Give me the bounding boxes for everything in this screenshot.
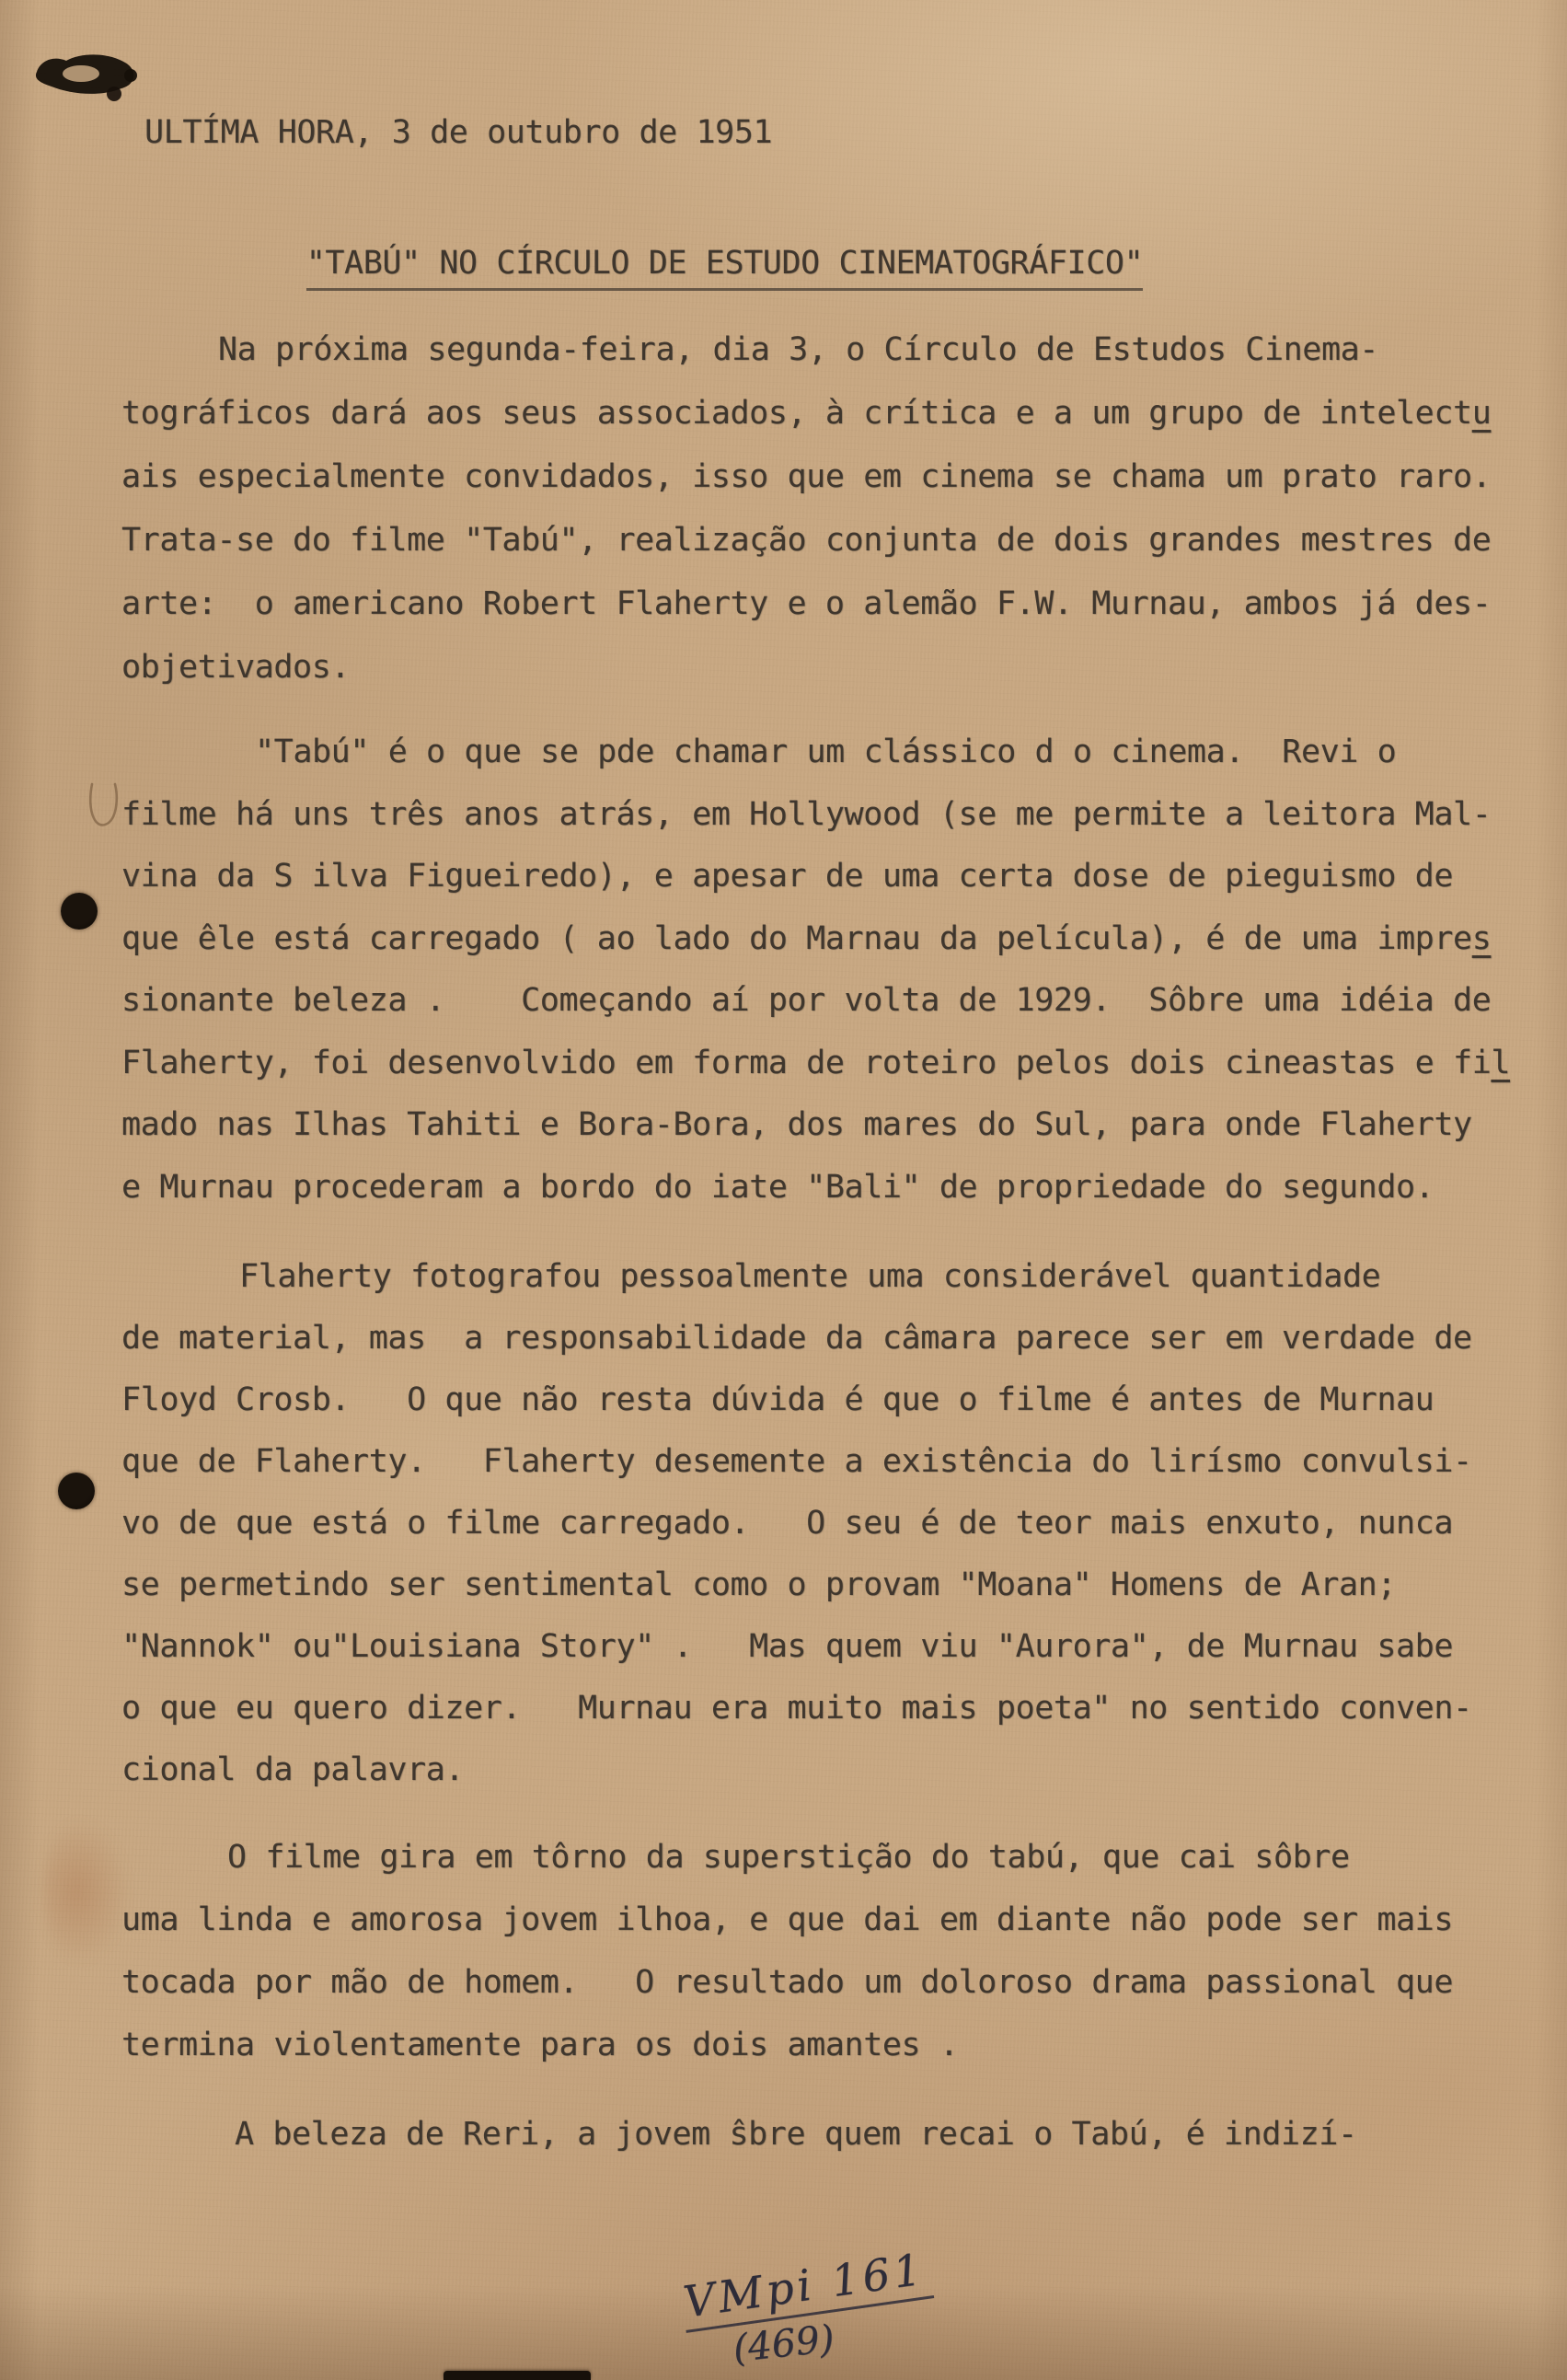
- text-line: e Murnau procederam a bordo do iate "Bal…: [121, 1157, 1510, 1219]
- ink-smudge-mark: [33, 46, 145, 118]
- headline-text: "TABÚ" NO CÍRCULO DE ESTUDO CINEMATOGRÁF…: [306, 245, 1144, 291]
- text-line: vo de que está o filme carregado. O seu …: [121, 1493, 1472, 1554]
- text-line: tográficos dará aos seus associados, à c…: [121, 382, 1491, 445]
- text-line: Flaherty fotografou pessoalmente uma con…: [121, 1246, 1472, 1308]
- text-line: que de Flaherty. Flaherty desemente a ex…: [121, 1431, 1472, 1493]
- text-line: O filme gira em tôrno da superstição do …: [121, 1826, 1453, 1889]
- text-line: "Tabú" é o que se pde chamar um clássico…: [121, 722, 1510, 784]
- text-line: sionante beleza . Começando aí por volta…: [121, 970, 1510, 1033]
- text-line: de material, mas a responsabilidade da c…: [121, 1308, 1472, 1369]
- text-line: filme há uns três anos atrás, em Hollywo…: [121, 784, 1510, 847]
- text-line: Trata-se do filme "Tabú", realização con…: [121, 509, 1491, 572]
- text-line: ais especialmente convidados, isso que e…: [121, 445, 1491, 509]
- headline: "TABÚ" NO CÍRCULO DE ESTUDO CINEMATOGRÁF…: [230, 208, 1143, 328]
- paragraph-1: Na próxima segunda-feira, dia 3, o Círcu…: [121, 318, 1491, 699]
- text-line: se permetindo ser sentimental como o pro…: [121, 1554, 1472, 1616]
- text-line: termina violentamente para os dois amant…: [121, 2014, 1453, 2076]
- text-line: arte: o americano Robert Flaherty e o al…: [121, 572, 1491, 636]
- handwritten-catalog-number: VMpi 161 (469): [679, 2244, 941, 2380]
- text-line: "Nannok" ou"Louisiana Story" . Mas quem …: [121, 1616, 1472, 1678]
- text-line: A beleza de Reri, a jovem ŝbre quem reca…: [121, 2104, 1357, 2166]
- paragraph-5: A beleza de Reri, a jovem ŝbre quem reca…: [121, 2104, 1357, 2166]
- paragraph-2: "Tabú" é o que se pde chamar um clássico…: [121, 722, 1510, 1219]
- text-line: o que eu quero dizer. Murnau era muito m…: [121, 1678, 1472, 1739]
- paragraph-4: O filme gira em tôrno da superstição do …: [121, 1826, 1453, 2076]
- text-line: Flaherty, foi desenvolvido em forma de r…: [121, 1033, 1510, 1095]
- text-line: cional da palavra.: [121, 1739, 1472, 1801]
- text-line: Na próxima segunda-feira, dia 3, o Círcu…: [121, 318, 1491, 382]
- text-line: que êle está carregado ( ao lado do Marn…: [121, 908, 1510, 971]
- paragraph-3: Flaherty fotografou pessoalmente uma con…: [121, 1246, 1472, 1801]
- text-line: objetivados.: [121, 636, 1491, 699]
- masthead: ULTÍMA HORA, 3 de outubro de 1951: [144, 114, 772, 151]
- text-line: vina da S ilva Figueiredo), e apesar de …: [121, 846, 1510, 908]
- text-line: Floyd Crosb. O que não resta dúvida é qu…: [121, 1369, 1472, 1431]
- text-line: uma linda e amorosa jovem ilhoa, e que d…: [121, 1889, 1453, 1951]
- hole-punch-top: [61, 893, 98, 930]
- bottom-edge-ink-mark: [444, 2371, 591, 2380]
- text-line: mado nas Ilhas Tahiti e Bora-Bora, dos m…: [121, 1094, 1510, 1157]
- scanned-typewritten-page: ULTÍMA HORA, 3 de outubro de 1951 "TABÚ"…: [0, 0, 1567, 2380]
- text-line: tocada por mão de homem. O resultado um …: [121, 1951, 1453, 2014]
- hole-punch-bottom: [58, 1473, 95, 1509]
- paper-stain: [42, 1818, 130, 1965]
